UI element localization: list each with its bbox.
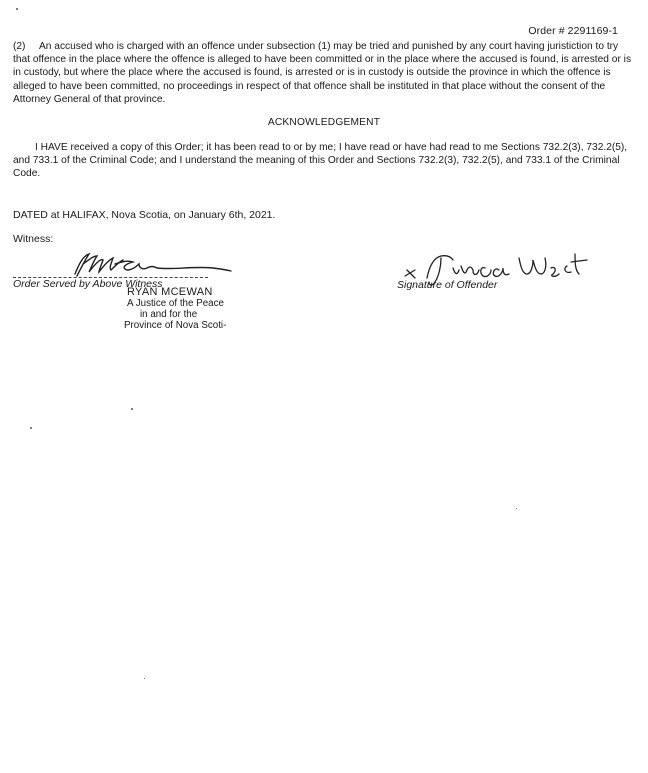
paragraph-number: (2) (13, 40, 39, 53)
acknowledgement-heading: ACKNOWLEDGEMENT (0, 117, 648, 128)
justice-title-1: A Justice of the Peace (127, 298, 224, 309)
acknowledgement-paragraph: I HAVE received a copy of this Order; it… (13, 141, 635, 181)
acknowledgement-text: I HAVE received a copy of this Order; it… (13, 142, 627, 179)
dated-line: DATED at HALIFAX, Nova Scotia, on Januar… (13, 209, 275, 221)
scan-speck (131, 408, 133, 410)
paragraph-2-text: An accused who is charged with an offenc… (13, 41, 631, 105)
justice-name: RYAN MCEWAN (127, 286, 213, 298)
paragraph-2: (2)An accused who is charged with an off… (13, 40, 635, 106)
offender-signature-block: Signature of Offender (395, 248, 615, 298)
handwritten-signature-icon (53, 250, 233, 280)
scan-speck (144, 678, 145, 679)
scan-speck (30, 427, 32, 429)
document-page: Order # 2291169-1 (2)An accused who is c… (0, 0, 648, 773)
scan-speck (516, 508, 517, 509)
witness-label: Witness: (13, 233, 53, 245)
justice-title-3: Province of Nova Scoti- (124, 320, 226, 331)
justice-title-2: in and for the (140, 309, 197, 320)
offender-signature-caption: Signature of Offender (397, 279, 497, 291)
order-number: Order # 2291169-1 (528, 25, 618, 37)
scan-speck (16, 8, 18, 10)
